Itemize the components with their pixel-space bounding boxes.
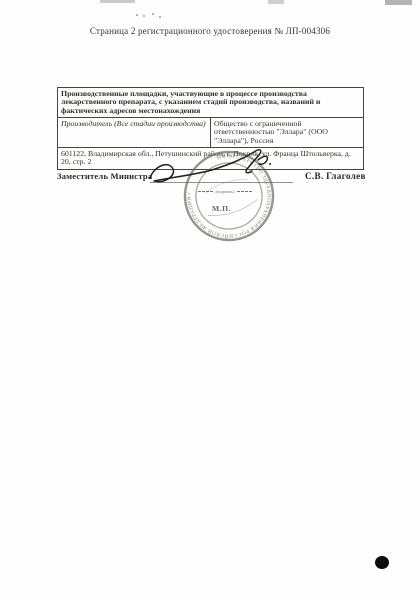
scan-smudge [268,0,284,4]
table-row-header: Производственные площадки, участвующие в… [58,88,364,118]
seal-place-mark: М.П. [212,204,231,213]
scan-speck [152,13,154,15]
table-row-producer: Производитель (Все стадии производства) … [58,117,364,147]
page-header-line: Страница 2 регистрационного удостоверени… [45,26,375,36]
producer-label-cell: Производитель (Все стадии производства) [58,117,211,147]
signature-ink [140,147,296,199]
table-header-cell: Производственные площадки, участвующие в… [58,88,364,118]
scan-smudge [100,0,135,3]
signer-name: С.В. Глаголев [305,171,366,181]
scan-speck [159,16,161,18]
hole-punch-dot [375,556,389,569]
scan-smudge [385,0,412,5]
scan-speck [143,15,145,17]
scanned-certificate-page: Страница 2 регистрационного удостоверени… [0,0,420,600]
producer-value-cell: Общество с ограниченной ответственностью… [211,117,364,147]
scan-speck [136,14,138,16]
signer-title: Заместитель Министра [57,171,152,181]
